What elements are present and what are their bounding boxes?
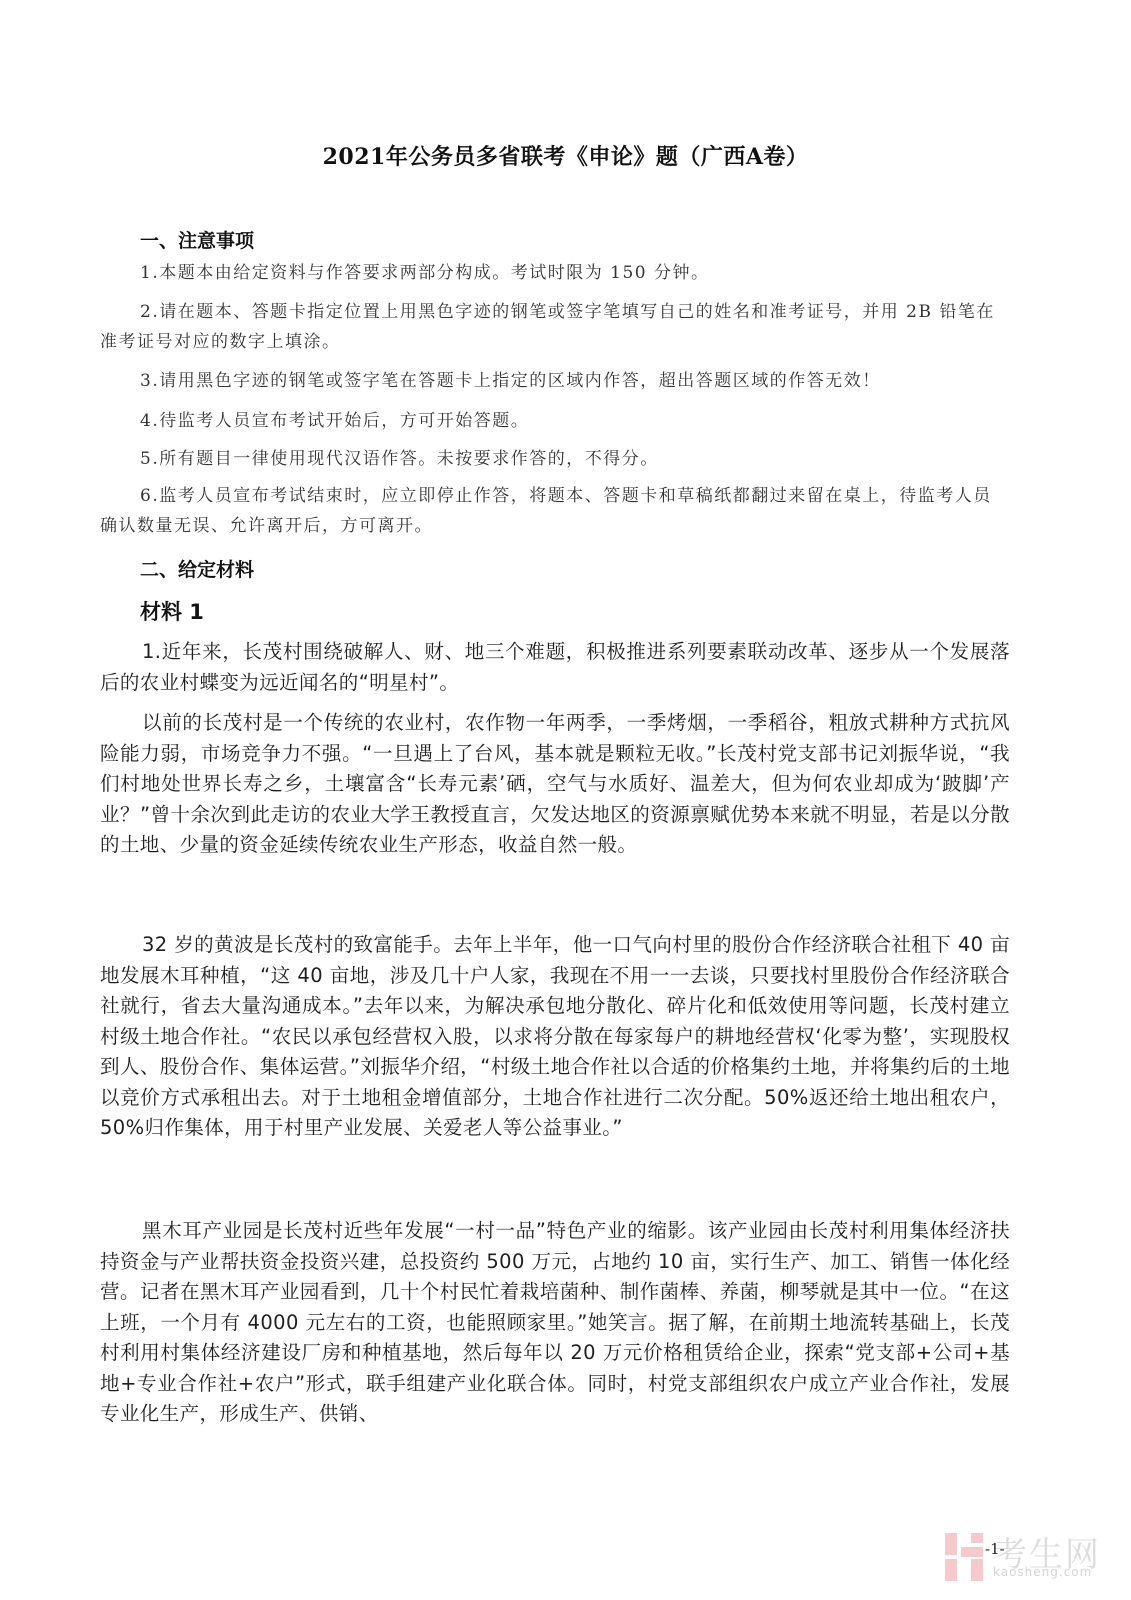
material-paragraph: 以前的长茂村是一个传统的农业村，农作物一年两季，一季烤烟，一季稻谷，粗放式耕种方… (100, 708, 1010, 861)
watermark-brand-en: kaosheng.com (993, 1565, 1092, 1579)
material-paragraph: 1.近年来，长茂村围绕破解人、财、地三个难题，积极推进系列要素联动改革、逐步从一… (100, 637, 1010, 698)
material-paragraph: 32 岁的黄波是长茂村的致富能手。去年上半年，他一口气向村里的股份合作经济联合社… (100, 930, 1010, 1144)
watermark-logo-icon (945, 1533, 983, 1581)
page-number: -1- (985, 1540, 1005, 1558)
notice-item: 1.本题本由给定资料与作答要求两部分构成。考试时限为 150 分钟。 (100, 258, 1010, 288)
document-title: 2021年公务员多省联考《申论》题（广西A卷） (0, 140, 1131, 171)
notice-item: 2.请在题本、答题卡指定位置上用黑色字迹的钢笔或签字笔填写自己的姓名和准考证号，… (100, 297, 1010, 357)
document-page: 2021年公务员多省联考《申论》题（广西A卷） 一、注意事项 1.本题本由给定资… (0, 0, 1131, 1600)
watermark: 考生网 kaosheng.com (945, 1533, 1115, 1583)
notice-item: 6.监考人员宣布考试结束时，应立即停止作答，将题本、答题卡和草稿纸都翻过来留在桌… (100, 481, 1010, 541)
section-heading-materials: 二、给定材料 (140, 555, 254, 582)
material-paragraph: 黑木耳产业园是长茂村近些年发展“一村一品”特色产业的缩影。该产业园由长茂村利用集… (100, 1216, 1010, 1430)
material-title: 材料 1 (140, 596, 204, 626)
notice-item: 3.请用黑色字迹的钢笔或签字笔在答题卡上指定的区域内作答，超出答题区域的作答无效… (100, 366, 1010, 396)
section-heading-notices: 一、注意事项 (140, 226, 254, 253)
notice-item: 5.所有题目一律使用现代汉语作答。未按要求作答的，不得分。 (100, 444, 1010, 474)
notice-item: 4.待监考人员宣布考试开始后，方可开始答题。 (100, 406, 1010, 436)
